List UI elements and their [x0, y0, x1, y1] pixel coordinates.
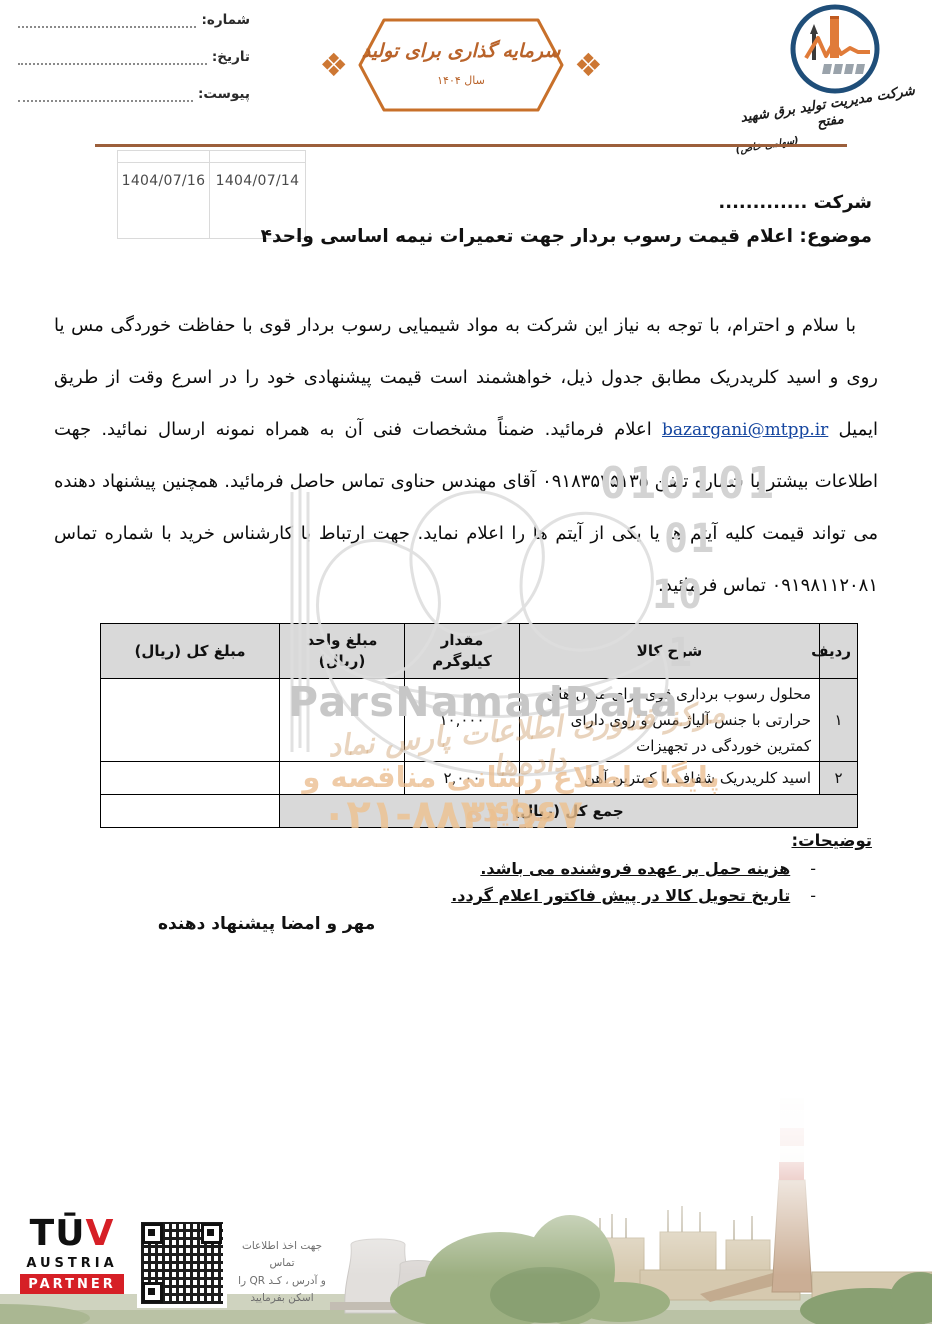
row1-total-price	[101, 679, 280, 762]
qr-finder-icon	[142, 1223, 163, 1244]
date-cell-1: 1404/07/16	[117, 162, 210, 239]
table-header-row: ردیف شرح کالا مقدار کیلوگرم مبلغ واحد (ر…	[101, 624, 858, 679]
letter-body: با سلام و احترام، با توجه به نیاز این شر…	[54, 300, 878, 612]
row2-unit-price	[280, 762, 405, 795]
slogan-banner: ❖ سرمایه گذاری برای تولید سال ۱۴۰۴ ❖	[298, 12, 624, 118]
col-description: شرح کالا	[520, 624, 820, 679]
date-label: تاریخ:	[212, 49, 250, 65]
number-label: شماره:	[201, 12, 250, 28]
letter-head: شرکت ............. موضوع: اعلام قیمت رسو…	[261, 192, 872, 247]
qr-finder-icon	[201, 1223, 222, 1244]
banner-cartouche: سرمایه گذاری برای تولید سال ۱۴۰۴	[354, 14, 568, 116]
note-dash: -	[810, 859, 816, 878]
row1-number: ۱	[820, 679, 858, 762]
cartouche-frame-icon	[354, 14, 568, 116]
col-quantity: مقدار کیلوگرم	[405, 624, 520, 679]
body-after-email: اعلام فرمائید. ضمناً مشخصات فنی آن به هم…	[54, 419, 878, 596]
qr-code-icon	[141, 1222, 223, 1304]
power-plant-photo	[0, 1080, 932, 1324]
tuv-text-black: TŪ	[30, 1213, 86, 1254]
row1-quantity: ۱۰,۰۰۰	[405, 679, 520, 762]
row2-number: ۲	[820, 762, 858, 795]
row1-description: محلول رسوب برداری قوی برای مبدل های حرار…	[520, 679, 820, 762]
notes-section: توضیحات: - هزینه حمل بر عهده فروشنده می …	[92, 831, 872, 913]
row1-unit-price	[280, 679, 405, 762]
attachment-dotted-line	[18, 87, 193, 102]
field-number: شماره:	[18, 12, 250, 28]
qr-caption-line: و آدرس ، کـد QR را	[232, 1273, 332, 1290]
field-date: تاریخ:	[18, 49, 250, 65]
recipient-line: شرکت .............	[261, 192, 872, 213]
subject-line: موضوع: اعلام قیمت رسوب بردار جهت تعمیرات…	[261, 226, 872, 247]
row2-description: اسید کلریدریک شفاف با کمترین آهن	[520, 762, 820, 795]
table-sum-row: جمع کل (ریال)	[101, 795, 858, 828]
banner-title: سرمایه گذاری برای تولید	[354, 40, 568, 62]
qr-caption-line: جهت اخذ اطلاعات تماس	[232, 1238, 332, 1273]
photo-fade-overlay	[0, 1080, 932, 1324]
signature-line: مهر و امضا پیشنهاد دهنده	[158, 914, 375, 934]
header-divider	[95, 144, 847, 147]
tuv-partner-badge: PARTNER	[20, 1274, 124, 1294]
tuv-austria-label: AUSTRIA	[20, 1256, 124, 1271]
row2-quantity: ۲,۰۰۰	[405, 762, 520, 795]
list-item: - تاریخ تحویل کالا در پیش فاکتور اعلام گ…	[92, 886, 816, 905]
col-unit-price: مبلغ واحد (ریال)	[280, 624, 405, 679]
col-total-price: مبلغ کل (ریال)	[101, 624, 280, 679]
field-attachment: پیوست:	[18, 86, 250, 102]
list-item: - هزینه حمل بر عهده فروشنده می باشد.	[92, 859, 816, 878]
qr-caption-line: اسکن بفرمایید	[232, 1290, 332, 1307]
table-row: ۱ محلول رسوب برداری قوی برای مبدل های حر…	[101, 679, 858, 762]
tuv-logo-icon: TŪV	[20, 1216, 124, 1252]
notes-title: توضیحات:	[92, 831, 872, 850]
note-text: هزینه حمل بر عهده فروشنده می باشد.	[480, 859, 790, 878]
attachment-label: پیوست:	[198, 86, 250, 102]
company-logo: شرکت مدیریت تولید برق شهید مفتح (سهامی خ…	[778, 2, 928, 106]
reference-fields: شماره: تاریخ: پیوست:	[18, 12, 250, 123]
letter-page: شماره: تاریخ: پیوست: ❖ سرمایه گذاری برای…	[0, 0, 932, 1324]
price-table-wrap: ردیف شرح کالا مقدار کیلوگرم مبلغ واحد (ر…	[100, 623, 857, 828]
power-plant-logo-icon	[778, 2, 888, 102]
price-table: ردیف شرح کالا مقدار کیلوگرم مبلغ واحد (ر…	[100, 623, 858, 828]
row2-total-price	[101, 762, 280, 795]
table-row: ۲ اسید کلریدریک شفاف با کمترین آهن ۲,۰۰۰	[101, 762, 858, 795]
date-dotted-line	[18, 50, 207, 65]
email-link[interactable]: bazargani@mtpp.ir	[662, 420, 828, 440]
sum-value	[101, 795, 280, 828]
ornament-right-icon: ❖	[568, 49, 609, 81]
col-row-number: ردیف	[820, 624, 858, 679]
qr-caption: جهت اخذ اطلاعات تماس و آدرس ، کـد QR را …	[232, 1238, 332, 1307]
number-dotted-line	[18, 13, 196, 28]
tuv-austria-partner-logo: TŪV AUSTRIA PARTNER	[20, 1216, 124, 1294]
note-text: تاریخ تحویل کالا در پیش فاکتور اعلام گرد…	[451, 886, 790, 905]
banner-year: سال ۱۴۰۴	[354, 74, 568, 87]
qr-finder-icon	[142, 1282, 163, 1303]
sum-label: جمع کل (ریال)	[280, 795, 858, 828]
tuv-text-red: V	[85, 1213, 114, 1254]
ornament-left-icon: ❖	[313, 49, 354, 81]
note-dash: -	[810, 886, 816, 905]
